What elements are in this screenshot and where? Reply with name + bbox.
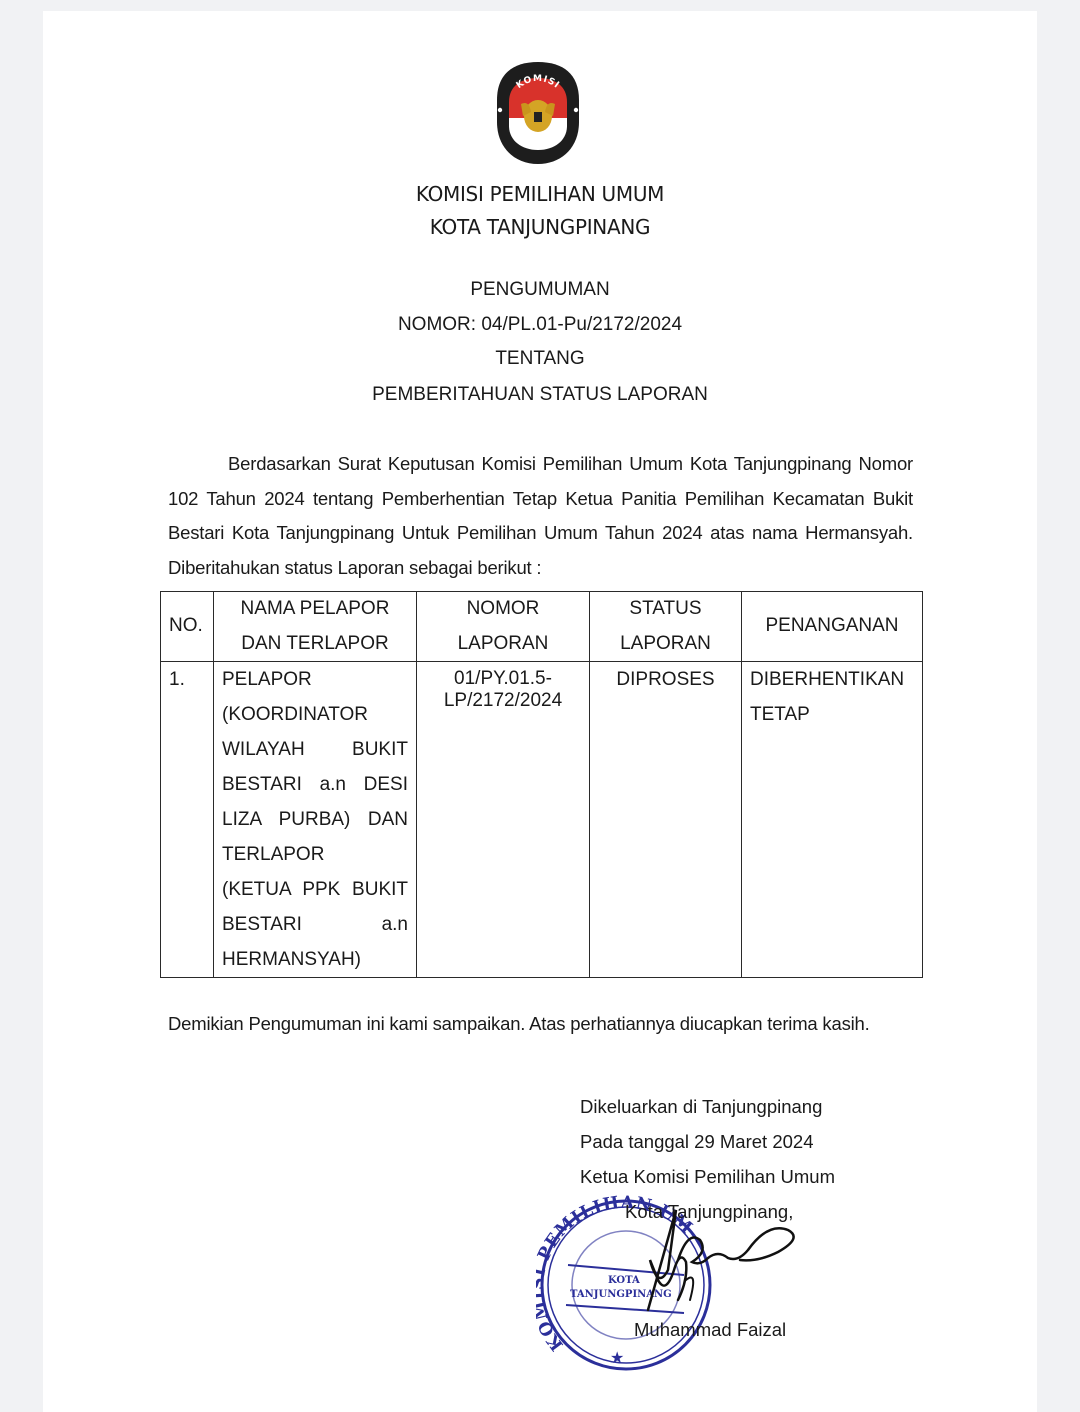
body-paragraph-text: Berdasarkan Surat Keputusan Komisi Pemil…: [168, 453, 913, 578]
name-line: LIZA PURBA) DAN: [222, 802, 408, 837]
cell-reporter-reported: PELAPOR (KOORDINATOR WILAYAH BUKIT BESTA…: [214, 662, 417, 978]
svg-text:★: ★: [610, 1348, 624, 1367]
header-name: NAMA PELAPOR DAN TERLAPOR: [214, 592, 417, 662]
header-status-line1: STATUS: [598, 592, 733, 627]
report-status-table: NO. NAMA PELAPOR DAN TERLAPOR NOMOR LAPO…: [160, 591, 923, 978]
cell-no: 1.: [161, 662, 214, 978]
announcement-number: NOMOR: 04/PL.01-Pu/2172/2024: [0, 314, 1080, 336]
cell-report-number: 01/PY.01.5- LP/2172/2024: [417, 662, 590, 978]
name-line: WILAYAH BUKIT: [222, 732, 408, 767]
handwritten-signature-icon: [628, 1200, 808, 1320]
name-line: (KOORDINATOR: [222, 697, 408, 732]
header-name-line1: NAMA PELAPOR: [222, 592, 408, 627]
signer-name: Muhammad Faizal: [634, 1319, 786, 1341]
header-nomor-line1: NOMOR: [425, 592, 581, 627]
agency-name: KOMISI PEMILIHAN UMUM: [0, 182, 1080, 206]
report-number-line1: 01/PY.01.5-: [425, 668, 581, 690]
announcement-subject: PEMBERITAHUAN STATUS LAPORAN: [0, 384, 1080, 406]
closing-paragraph: Demikian Pengumuman ini kami sampaikan. …: [168, 1006, 913, 1041]
name-line: (KETUA PPK BUKIT: [222, 872, 408, 907]
issued-date: Pada tanggal 29 Maret 2024: [580, 1131, 813, 1153]
announcement-title: PENGUMUMAN: [0, 279, 1080, 301]
cell-handling: DIBERHENTIKAN TETAP: [742, 662, 923, 978]
table-header-row: NO. NAMA PELAPOR DAN TERLAPOR NOMOR LAPO…: [161, 592, 923, 662]
body-paragraph: Berdasarkan Surat Keputusan Komisi Pemil…: [168, 447, 913, 585]
signer-position: Ketua Komisi Pemilihan Umum: [580, 1166, 835, 1188]
agency-city: KOTA TANJUNGPINANG: [0, 215, 1080, 239]
issued-place: Dikeluarkan di Tanjungpinang: [580, 1096, 822, 1118]
name-line: BESTARI a.n: [222, 907, 408, 942]
header-no: NO.: [161, 592, 214, 662]
header-report-status: STATUS LAPORAN: [590, 592, 742, 662]
report-number-line2: LP/2172/2024: [425, 690, 581, 712]
cell-report-status: DIPROSES: [590, 662, 742, 978]
header-handling: PENANGANAN: [742, 592, 923, 662]
header-name-line2: DAN TERLAPOR: [222, 627, 408, 662]
name-line: PELAPOR: [222, 662, 408, 697]
header-nomor-line2: LAPORAN: [425, 627, 581, 662]
handling-line2: TETAP: [750, 697, 914, 732]
header-report-number: NOMOR LAPORAN: [417, 592, 590, 662]
kpu-logo-icon: KOMISI PEMILIHAN UMUM: [493, 60, 583, 166]
name-line: TERLAPOR: [222, 837, 408, 872]
header-status-line2: LAPORAN: [598, 627, 733, 662]
name-line: BESTARI a.n DESI: [222, 767, 408, 802]
handling-line1: DIBERHENTIKAN: [750, 662, 914, 697]
announcement-about: TENTANG: [0, 348, 1080, 370]
name-line: HERMANSYAH): [222, 942, 408, 977]
table-row: 1. PELAPOR (KOORDINATOR WILAYAH BUKIT BE…: [161, 662, 923, 978]
